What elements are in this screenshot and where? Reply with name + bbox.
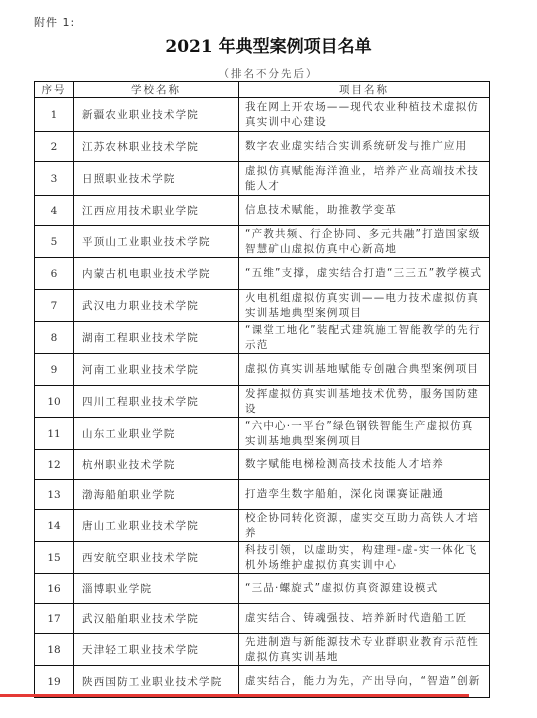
- row-school-name: 湖南工程职业技术学院: [74, 322, 239, 354]
- row-project-name: 火电机组虚拟仿真实训——电力技术虚拟仿真实训基地典型案例项目: [239, 290, 490, 322]
- table-row: 17武汉船舶职业技术学院虚实结合、铸魂强技、培养新时代造船工匠: [35, 604, 490, 634]
- table-row: 2江苏农林职业技术学院数字农业虚实结合实训系统研发与推广应用: [35, 132, 490, 162]
- row-school-name: 山东工业职业学院: [74, 418, 239, 450]
- row-school-name: 江苏农林职业技术学院: [74, 132, 239, 162]
- row-serial-no: 3: [35, 162, 74, 196]
- row-project-name: 虚拟仿真实训基地赋能专创融合典型案例项目: [239, 354, 490, 386]
- row-school-name: 日照职业技术学院: [74, 162, 239, 196]
- table-row: 18天津轻工职业技术学院先进制造与新能源技术专业群职业教育示范性虚拟仿真实训基地: [35, 634, 490, 666]
- row-serial-no: 12: [35, 450, 74, 480]
- row-school-name: 新疆农业职业技术学院: [74, 98, 239, 132]
- row-school-name: 西安航空职业技术学院: [74, 542, 239, 574]
- table-row: 16淄博职业学院“三品·螺旋式”虚拟仿真资源建设模式: [35, 574, 490, 604]
- row-school-name: 武汉船舶职业技术学院: [74, 604, 239, 634]
- row-school-name: 陕西国防工业职业技术学院: [74, 666, 239, 698]
- row-serial-no: 1: [35, 98, 74, 132]
- document-title: 2021 年典型案例项目名单: [0, 32, 537, 57]
- row-serial-no: 17: [35, 604, 74, 634]
- row-serial-no: 18: [35, 634, 74, 666]
- table-row: 11山东工业职业学院“六中心·一平台”绿色钢铁智能生产虚拟仿真实训基地典型案例项…: [35, 418, 490, 450]
- table-row: 4江西应用技术职业学院信息技术赋能，助推教学变革: [35, 196, 490, 226]
- table-row: 3日照职业技术学院虚拟仿真赋能海洋渔业，培养产业高端技术技能人才: [35, 162, 490, 196]
- table-row: 10四川工程职业技术学院发挥虚拟仿真实训基地技术优势，服务国防建设: [35, 386, 490, 418]
- row-serial-no: 15: [35, 542, 74, 574]
- table-row: 9河南工业职业技术学院虚拟仿真实训基地赋能专创融合典型案例项目: [35, 354, 490, 386]
- row-project-name: “课堂工地化”装配式建筑施工智能教学的先行示范: [239, 322, 490, 354]
- table-row: 15西安航空职业技术学院科技引领，以虚助实，构建理-虚-实一体化飞机外场维护虚拟…: [35, 542, 490, 574]
- row-serial-no: 9: [35, 354, 74, 386]
- row-project-name: “产教共频、行企协同、多元共融”打造国家级智慧矿山虚拟仿真中心新高地: [239, 226, 490, 258]
- row-serial-no: 13: [35, 480, 74, 510]
- row-serial-no: 2: [35, 132, 74, 162]
- row-project-name: 科技引领，以虚助实，构建理-虚-实一体化飞机外场维护虚拟仿真实训中心: [239, 542, 490, 574]
- table-row: 13渤海船舶职业学院打造孪生数字船舶，深化岗课赛证融通: [35, 480, 490, 510]
- table-row: 12杭州职业技术学院数字赋能电梯检测高技术技能人才培养: [35, 450, 490, 480]
- row-serial-no: 16: [35, 574, 74, 604]
- case-list-table: 序号 学校名称 项目名称 1新疆农业职业技术学院我在网上开农场——现代农业种植技…: [34, 81, 490, 698]
- row-school-name: 渤海船舶职业学院: [74, 480, 239, 510]
- row-serial-no: 19: [35, 666, 74, 698]
- row-school-name: 淄博职业学院: [74, 574, 239, 604]
- row-school-name: 天津轻工职业技术学院: [74, 634, 239, 666]
- red-divider-line: [0, 694, 469, 697]
- table-row: 19陕西国防工业职业技术学院虚实结合，能力为先，产出导向，“智造”创新: [35, 666, 490, 698]
- row-serial-no: 4: [35, 196, 74, 226]
- row-project-name: 发挥虚拟仿真实训基地技术优势，服务国防建设: [239, 386, 490, 418]
- row-serial-no: 11: [35, 418, 74, 450]
- row-serial-no: 6: [35, 258, 74, 290]
- table-header-row: 序号 学校名称 项目名称: [35, 82, 490, 98]
- table-row: 1新疆农业职业技术学院我在网上开农场——现代农业种植技术虚拟仿真实训中心建设: [35, 98, 490, 132]
- header-serial-no: 序号: [35, 82, 74, 98]
- row-school-name: 武汉电力职业技术学院: [74, 290, 239, 322]
- header-school-name: 学校名称: [74, 82, 239, 98]
- document-subtitle: （排名不分先后）: [0, 66, 537, 81]
- row-project-name: 先进制造与新能源技术专业群职业教育示范性虚拟仿真实训基地: [239, 634, 490, 666]
- row-project-name: “六中心·一平台”绿色钢铁智能生产虚拟仿真实训基地典型案例项目: [239, 418, 490, 450]
- row-serial-no: 10: [35, 386, 74, 418]
- row-school-name: 河南工业职业技术学院: [74, 354, 239, 386]
- row-school-name: 杭州职业技术学院: [74, 450, 239, 480]
- row-project-name: 数字赋能电梯检测高技术技能人才培养: [239, 450, 490, 480]
- row-serial-no: 7: [35, 290, 74, 322]
- table-row: 6内蒙古机电职业技术学院“五维”支撑，虚实结合打造“三三五”教学模式: [35, 258, 490, 290]
- table-row: 8湖南工程职业技术学院“课堂工地化”装配式建筑施工智能教学的先行示范: [35, 322, 490, 354]
- row-project-name: 信息技术赋能，助推教学变革: [239, 196, 490, 226]
- row-serial-no: 8: [35, 322, 74, 354]
- row-school-name: 唐山工业职业技术学院: [74, 510, 239, 542]
- table-body: 1新疆农业职业技术学院我在网上开农场——现代农业种植技术虚拟仿真实训中心建设2江…: [35, 98, 490, 698]
- attachment-label: 附件 1:: [34, 14, 75, 30]
- row-project-name: “三品·螺旋式”虚拟仿真资源建设模式: [239, 574, 490, 604]
- row-school-name: 内蒙古机电职业技术学院: [74, 258, 239, 290]
- table-row: 7武汉电力职业技术学院火电机组虚拟仿真实训——电力技术虚拟仿真实训基地典型案例项…: [35, 290, 490, 322]
- row-project-name: 虚实结合，能力为先，产出导向，“智造”创新: [239, 666, 490, 698]
- row-school-name: 平顶山工业职业技术学院: [74, 226, 239, 258]
- row-project-name: 虚拟仿真赋能海洋渔业，培养产业高端技术技能人才: [239, 162, 490, 196]
- row-project-name: 虚实结合、铸魂强技、培养新时代造船工匠: [239, 604, 490, 634]
- header-project-name: 项目名称: [239, 82, 490, 98]
- row-school-name: 四川工程职业技术学院: [74, 386, 239, 418]
- row-project-name: 校企协同转化资源，虚实交互助力高铁人才培养: [239, 510, 490, 542]
- row-project-name: 打造孪生数字船舶，深化岗课赛证融通: [239, 480, 490, 510]
- row-serial-no: 5: [35, 226, 74, 258]
- row-project-name: “五维”支撑，虚实结合打造“三三五”教学模式: [239, 258, 490, 290]
- table-row: 14唐山工业职业技术学院校企协同转化资源，虚实交互助力高铁人才培养: [35, 510, 490, 542]
- row-project-name: 数字农业虚实结合实训系统研发与推广应用: [239, 132, 490, 162]
- table-row: 5平顶山工业职业技术学院“产教共频、行企协同、多元共融”打造国家级智慧矿山虚拟仿…: [35, 226, 490, 258]
- row-project-name: 我在网上开农场——现代农业种植技术虚拟仿真实训中心建设: [239, 98, 490, 132]
- row-serial-no: 14: [35, 510, 74, 542]
- row-school-name: 江西应用技术职业学院: [74, 196, 239, 226]
